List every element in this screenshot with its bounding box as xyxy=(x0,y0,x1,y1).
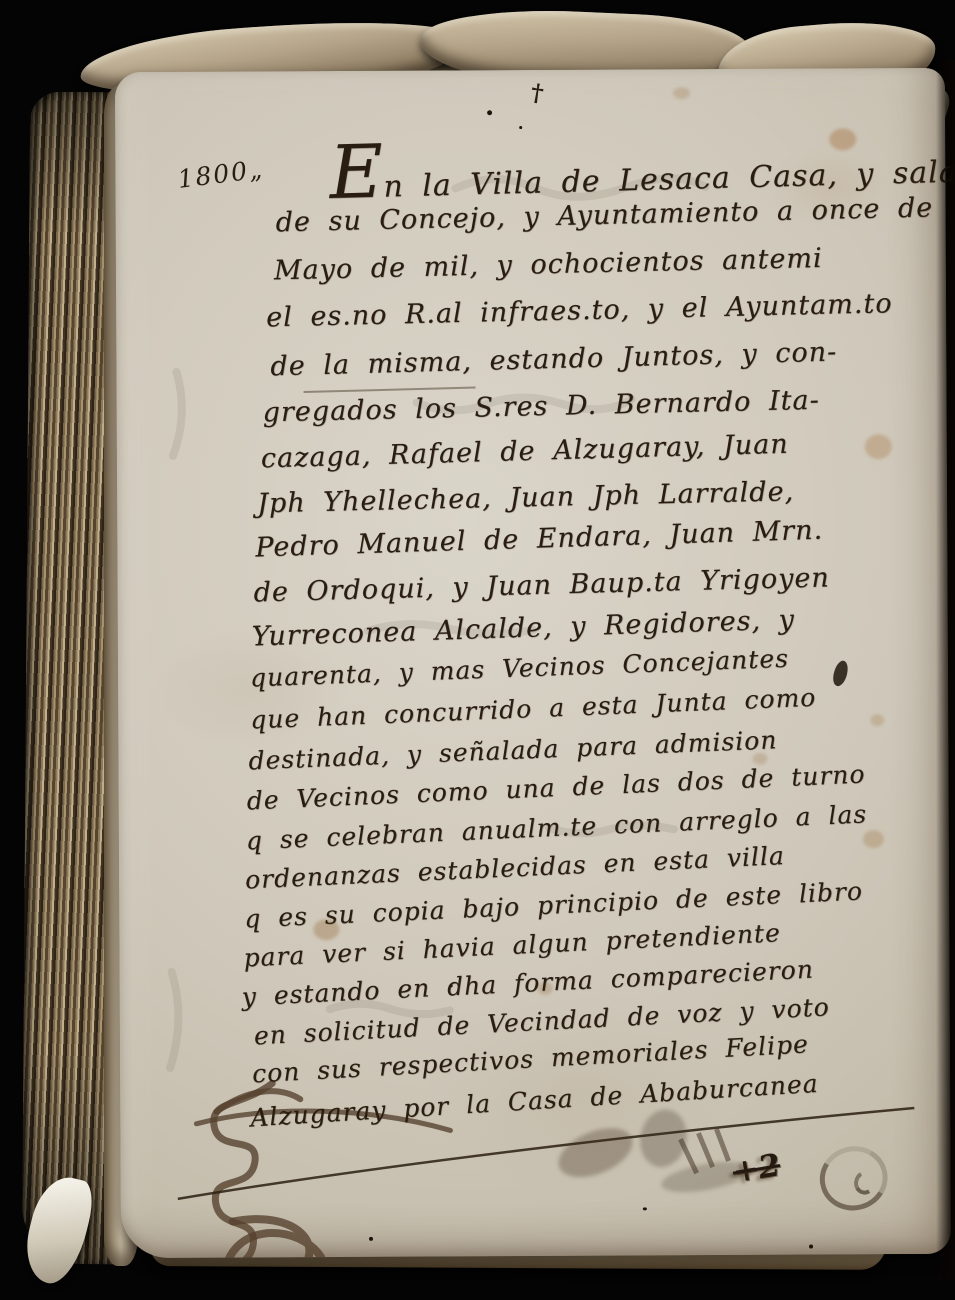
ink-scribble-hook xyxy=(851,1168,879,1197)
manuscript-page: † 1800„ En la Villa de Lesaca Casa, y sa… xyxy=(115,68,951,1258)
paraph-mark: +2 xyxy=(730,1147,783,1190)
manuscript-photo: † 1800„ En la Villa de Lesaca Casa, y sa… xyxy=(0,0,955,1300)
gutter-shadow xyxy=(936,60,955,1280)
